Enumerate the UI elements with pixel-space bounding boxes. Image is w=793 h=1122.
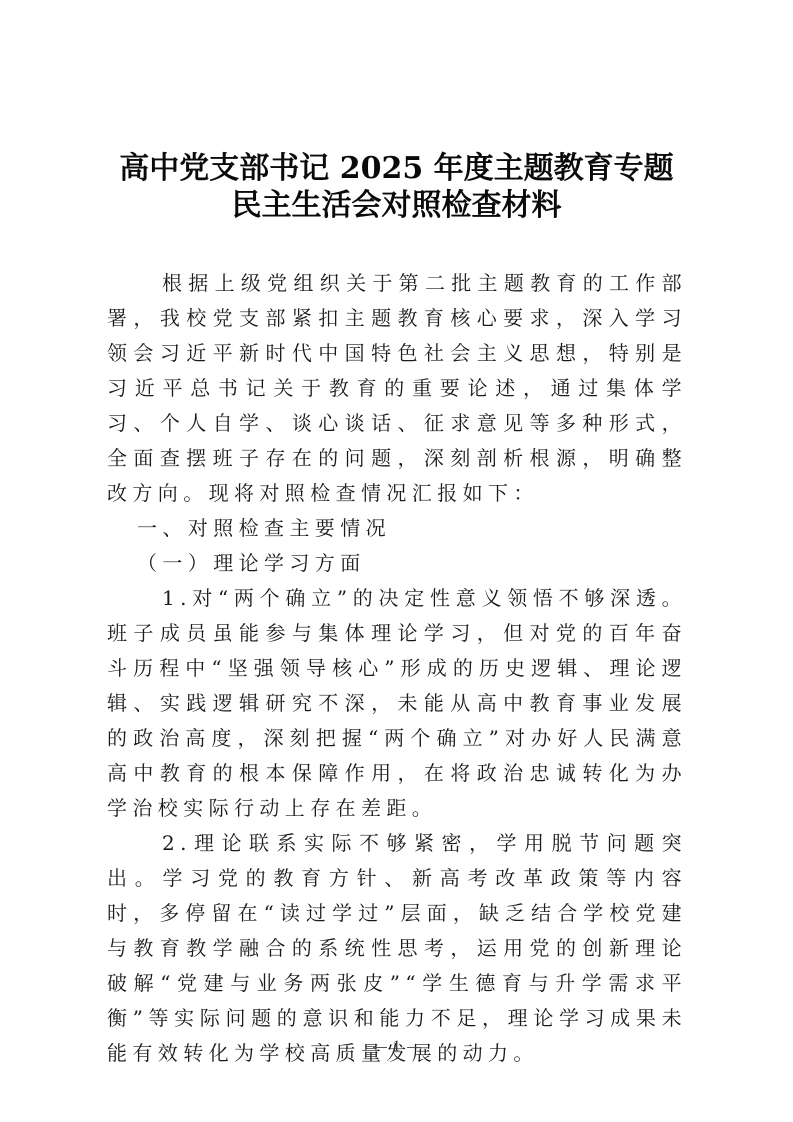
dash-left xyxy=(373,1047,387,1048)
section-heading-1: 一、对照检查主要情况 xyxy=(107,511,687,546)
document-title: 高中党支部书记 2025 年度主题教育专题 民主生活会对照检查材料 xyxy=(0,150,793,224)
page-footer: 1 xyxy=(0,1038,793,1056)
document-body: 根据上级党组织关于第二批主题教育的工作部署，我校党支部紧扣主题教育核心要求，深入… xyxy=(107,266,687,1071)
title-line-1: 高中党支部书记 2025 年度主题教育专题 xyxy=(0,150,793,187)
intro-paragraph: 根据上级党组织关于第二批主题教育的工作部署，我校党支部紧扣主题教育核心要求，深入… xyxy=(107,266,687,511)
document-page: 高中党支部书记 2025 年度主题教育专题 民主生活会对照检查材料 根据上级党组… xyxy=(0,0,793,1122)
subsection-heading-1: （一）理论学习方面 xyxy=(107,546,687,581)
page-number: 1 xyxy=(393,1038,401,1055)
item-paragraph-2: 2.理论联系实际不够紧密，学用脱节问题突出。学习党的教育方针、新高考改革政策等内… xyxy=(107,826,687,1071)
item-paragraph-1: 1.对“两个确立”的决定性意义领悟不够深透。班子成员虽能参与集体理论学习，但对党… xyxy=(107,581,687,826)
title-line-2: 民主生活会对照检查材料 xyxy=(0,187,793,224)
dash-right xyxy=(407,1047,421,1048)
